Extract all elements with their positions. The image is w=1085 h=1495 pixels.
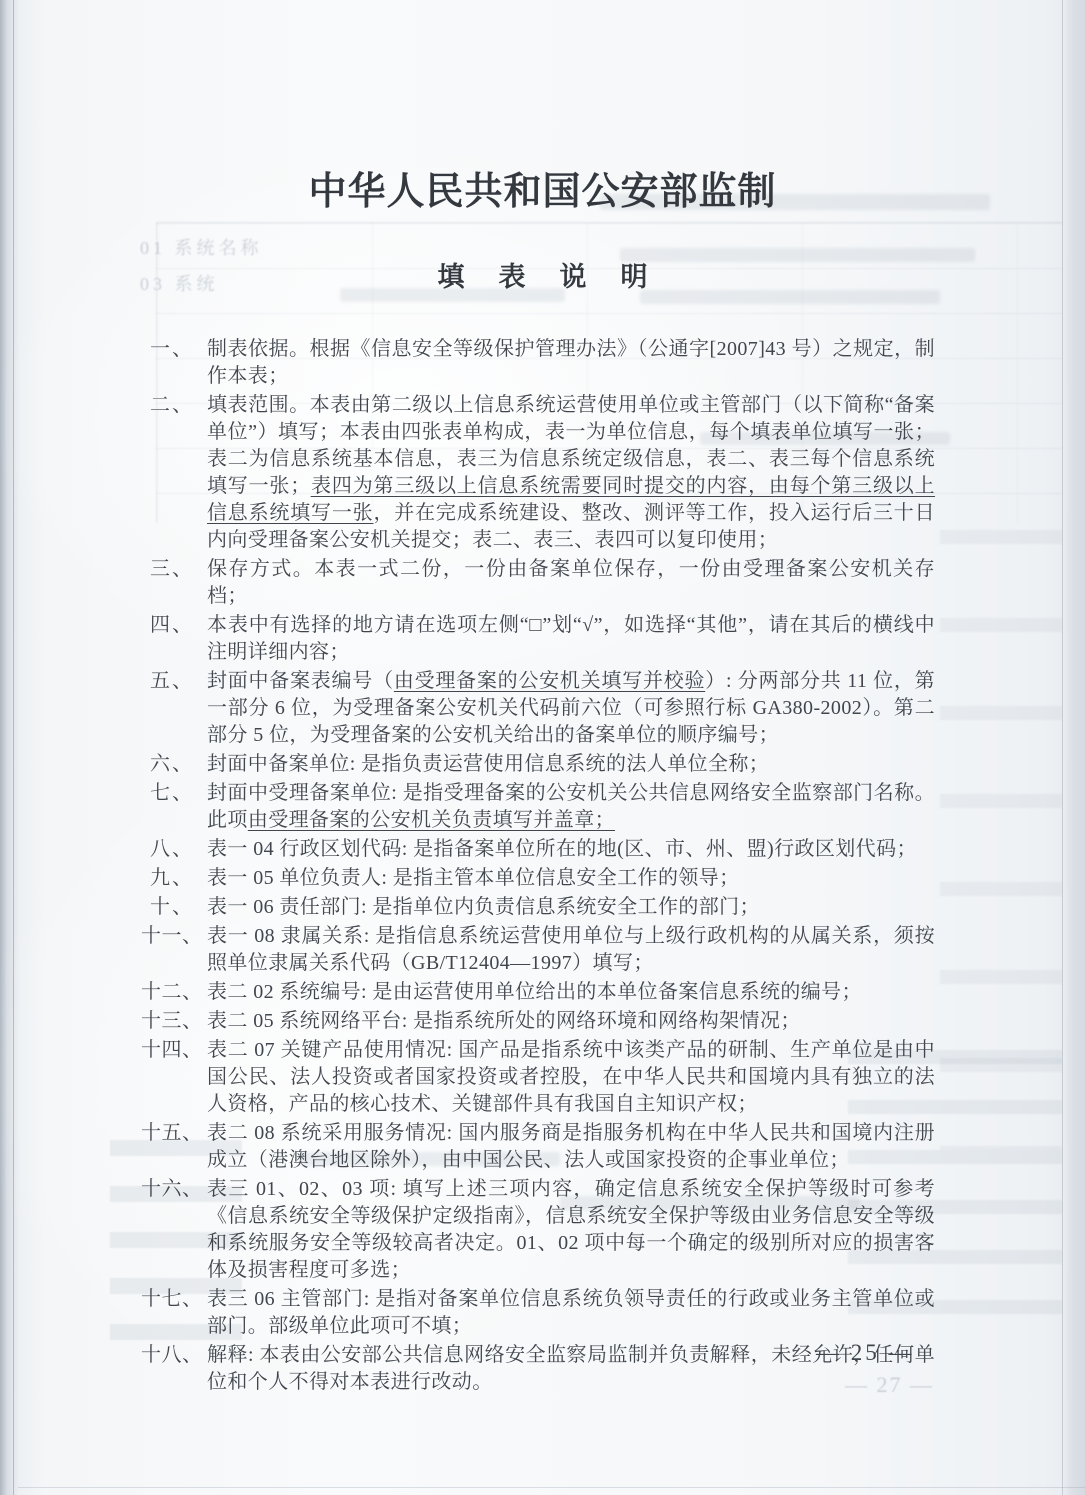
page-title: 中华人民共和国公安部监制 [150,160,935,215]
item-number: 十五、 [141,1120,203,1147]
instruction-item: 六、封面中备案单位: 是指负责运营使用信息系统的法人单位全称； [150,751,935,778]
instruction-item: 十二、表二 02 系统编号: 是由运营使用单位给出的本单位备案信息系统的编号； [150,979,935,1006]
instruction-item: 四、本表中有选择的地方请在选项左侧“□”划“√”，如选择“其他”，请在其后的横线… [150,612,935,666]
item-number: 十四、 [141,1037,203,1064]
item-text: 表二 08 系统采用服务情况: 国内服务商是指服务机构在中华人民共和国境内注册成… [207,1122,935,1171]
instruction-item: 七、封面中受理备案单位: 是指受理备案的公安机关公共信息网络安全监察部门名称。此… [150,780,935,834]
document-page: 01 系统名称 03 系统 — 27 — 中华人民共和国公安部监制 填表说明 一… [0,0,1085,1495]
text-segment: 表一 06 责任部门: 是指单位内负责信息系统安全工作的部门； [207,896,760,918]
item-number: 十、 [150,894,194,921]
item-text: 保存方式。本表一式二份，一份由备案单位保存，一份由受理备案公安机关存档； [207,558,935,607]
instruction-item: 十五、表二 08 系统采用服务情况: 国内服务商是指服务机构在中华人民共和国境内… [150,1120,935,1174]
page-number: — 25 — [816,1340,915,1366]
text-segment: 表二 05 系统网络平台: 是指系统所处的网络环境和网络构架情况； [207,1010,801,1032]
instruction-item: 九、表一 05 单位负责人: 是指主管本单位信息安全工作的领导； [150,865,935,892]
document-content: 中华人民共和国公安部监制 填表说明 一、制表依据。根据《信息安全等级保护管理办法… [0,0,1085,1396]
text-segment: 制表依据。根据《信息安全等级保护管理办法》（公通字[2007]43 号）之规定，… [207,338,935,387]
item-text: 表三 06 主管部门: 是指对备案单位信息系统负领导责任的行政或业务主管单位或部… [207,1288,935,1337]
instruction-item: 五、封面中备案表编号（由受理备案的公安机关填写并校验）: 分两部分共 11 位，… [150,668,935,749]
item-text: 封面中受理备案单位: 是指受理备案的公安机关公共信息网络安全监察部门名称。此项由… [207,782,935,831]
item-text: 填表范围。本表由第二级以上信息系统运营使用单位或主管部门（以下简称“备案单位”）… [207,394,935,551]
item-text: 本表中有选择的地方请在选项左侧“□”划“√”，如选择“其他”，请在其后的横线中注… [207,614,935,663]
item-number: 十八、 [141,1342,203,1369]
instruction-item: 十三、表二 05 系统网络平台: 是指系统所处的网络环境和网络构架情况； [150,1008,935,1035]
instruction-item: 十、表一 06 责任部门: 是指单位内负责信息系统安全工作的部门； [150,894,935,921]
instruction-item: 三、保存方式。本表一式二份，一份由备案单位保存，一份由受理备案公安机关存档； [150,556,935,610]
instruction-item: 十七、表三 06 主管部门: 是指对备案单位信息系统负领导责任的行政或业务主管单… [150,1286,935,1340]
item-text: 表一 06 责任部门: 是指单位内负责信息系统安全工作的部门； [207,896,760,918]
item-number: 十二、 [141,979,203,1006]
item-number: 八、 [150,836,194,863]
page-bottom-edge [18,1487,1085,1488]
text-segment: 表三 06 主管部门: 是指对备案单位信息系统负领导责任的行政或业务主管单位或部… [207,1288,935,1337]
item-text: 制表依据。根据《信息安全等级保护管理办法》（公通字[2007]43 号）之规定，… [207,338,935,387]
item-number: 七、 [150,780,194,807]
item-number: 十一、 [141,923,203,950]
text-segment: 本表中有选择的地方请在选项左侧“□”划“√”，如选择“其他”，请在其后的横线中注… [207,614,935,663]
item-text: 表二 07 关键产品使用情况: 国产品是指系统中该类产品的研制、生产单位是由中国… [207,1039,935,1115]
underlined-text-segment: 由受理备案的公安机关填写并校验 [394,670,705,692]
text-segment: 表二 02 系统编号: 是由运营使用单位给出的本单位备案信息系统的编号； [207,981,862,1003]
item-number: 九、 [150,865,194,892]
text-segment: 保存方式。本表一式二份，一份由备案单位保存，一份由受理备案公安机关存档； [207,558,935,607]
item-number: 三、 [150,556,194,583]
text-segment: 表二 08 系统采用服务情况: 国内服务商是指服务机构在中华人民共和国境内注册成… [207,1122,935,1171]
item-number: 六、 [150,751,194,778]
item-text: 表三 01、02、03 项: 填写上述三项内容，确定信息系统安全保护等级时可参考… [207,1178,935,1281]
item-text: 表一 08 隶属关系: 是指信息系统运营使用单位与上级行政机构的从属关系，须按照… [207,925,935,974]
instructions-list: 一、制表依据。根据《信息安全等级保护管理办法》（公通字[2007]43 号）之规… [150,336,935,1396]
item-text: 表二 05 系统网络平台: 是指系统所处的网络环境和网络构架情况； [207,1010,801,1032]
item-text: 表一 05 单位负责人: 是指主管本单位信息安全工作的领导； [207,867,740,889]
text-segment: 表三 01、02、03 项: 填写上述三项内容，确定信息系统安全保护等级时可参考… [207,1178,935,1281]
underlined-text-segment: 由受理备案的公安机关负责填写并盖章； [248,809,615,831]
section-heading: 填表说明 [150,255,935,294]
text-segment: 表一 05 单位负责人: 是指主管本单位信息安全工作的领导； [207,867,740,889]
instruction-item: 一、制表依据。根据《信息安全等级保护管理办法》（公通字[2007]43 号）之规… [150,336,935,390]
item-number: 四、 [150,612,194,639]
instruction-item: 十四、表二 07 关键产品使用情况: 国产品是指系统中该类产品的研制、生产单位是… [150,1037,935,1118]
text-segment: 封面中备案表编号（ [207,670,394,692]
instruction-item: 二、填表范围。本表由第二级以上信息系统运营使用单位或主管部门（以下简称“备案单位… [150,392,935,554]
text-segment: 表一 08 隶属关系: 是指信息系统运营使用单位与上级行政机构的从属关系，须按照… [207,925,935,974]
item-text: 表一 04 行政区划代码: 是指备案单位所在的地(区、市、州、盟)行政区划代码； [207,838,917,860]
item-number: 十七、 [141,1286,203,1313]
instruction-item: 八、表一 04 行政区划代码: 是指备案单位所在的地(区、市、州、盟)行政区划代… [150,836,935,863]
item-text: 表二 02 系统编号: 是由运营使用单位给出的本单位备案信息系统的编号； [207,981,862,1003]
item-number: 十三、 [141,1008,203,1035]
instruction-item: 十一、表一 08 隶属关系: 是指信息系统运营使用单位与上级行政机构的从属关系，… [150,923,935,977]
item-number: 十六、 [141,1176,203,1203]
instruction-item: 十六、表三 01、02、03 项: 填写上述三项内容，确定信息系统安全保护等级时… [150,1176,935,1284]
item-text: 封面中备案表编号（由受理备案的公安机关填写并校验）: 分两部分共 11 位，第一… [207,670,935,746]
text-segment: 表二 07 关键产品使用情况: 国产品是指系统中该类产品的研制、生产单位是由中国… [207,1039,935,1115]
item-number: 二、 [150,392,194,419]
text-segment: 表一 04 行政区划代码: 是指备案单位所在的地(区、市、州、盟)行政区划代码； [207,838,917,860]
item-number: 一、 [150,336,194,363]
item-text: 封面中备案单位: 是指负责运营使用信息系统的法人单位全称； [207,753,769,775]
item-number: 五、 [150,668,194,695]
text-segment: 封面中备案单位: 是指负责运营使用信息系统的法人单位全称； [207,753,769,775]
